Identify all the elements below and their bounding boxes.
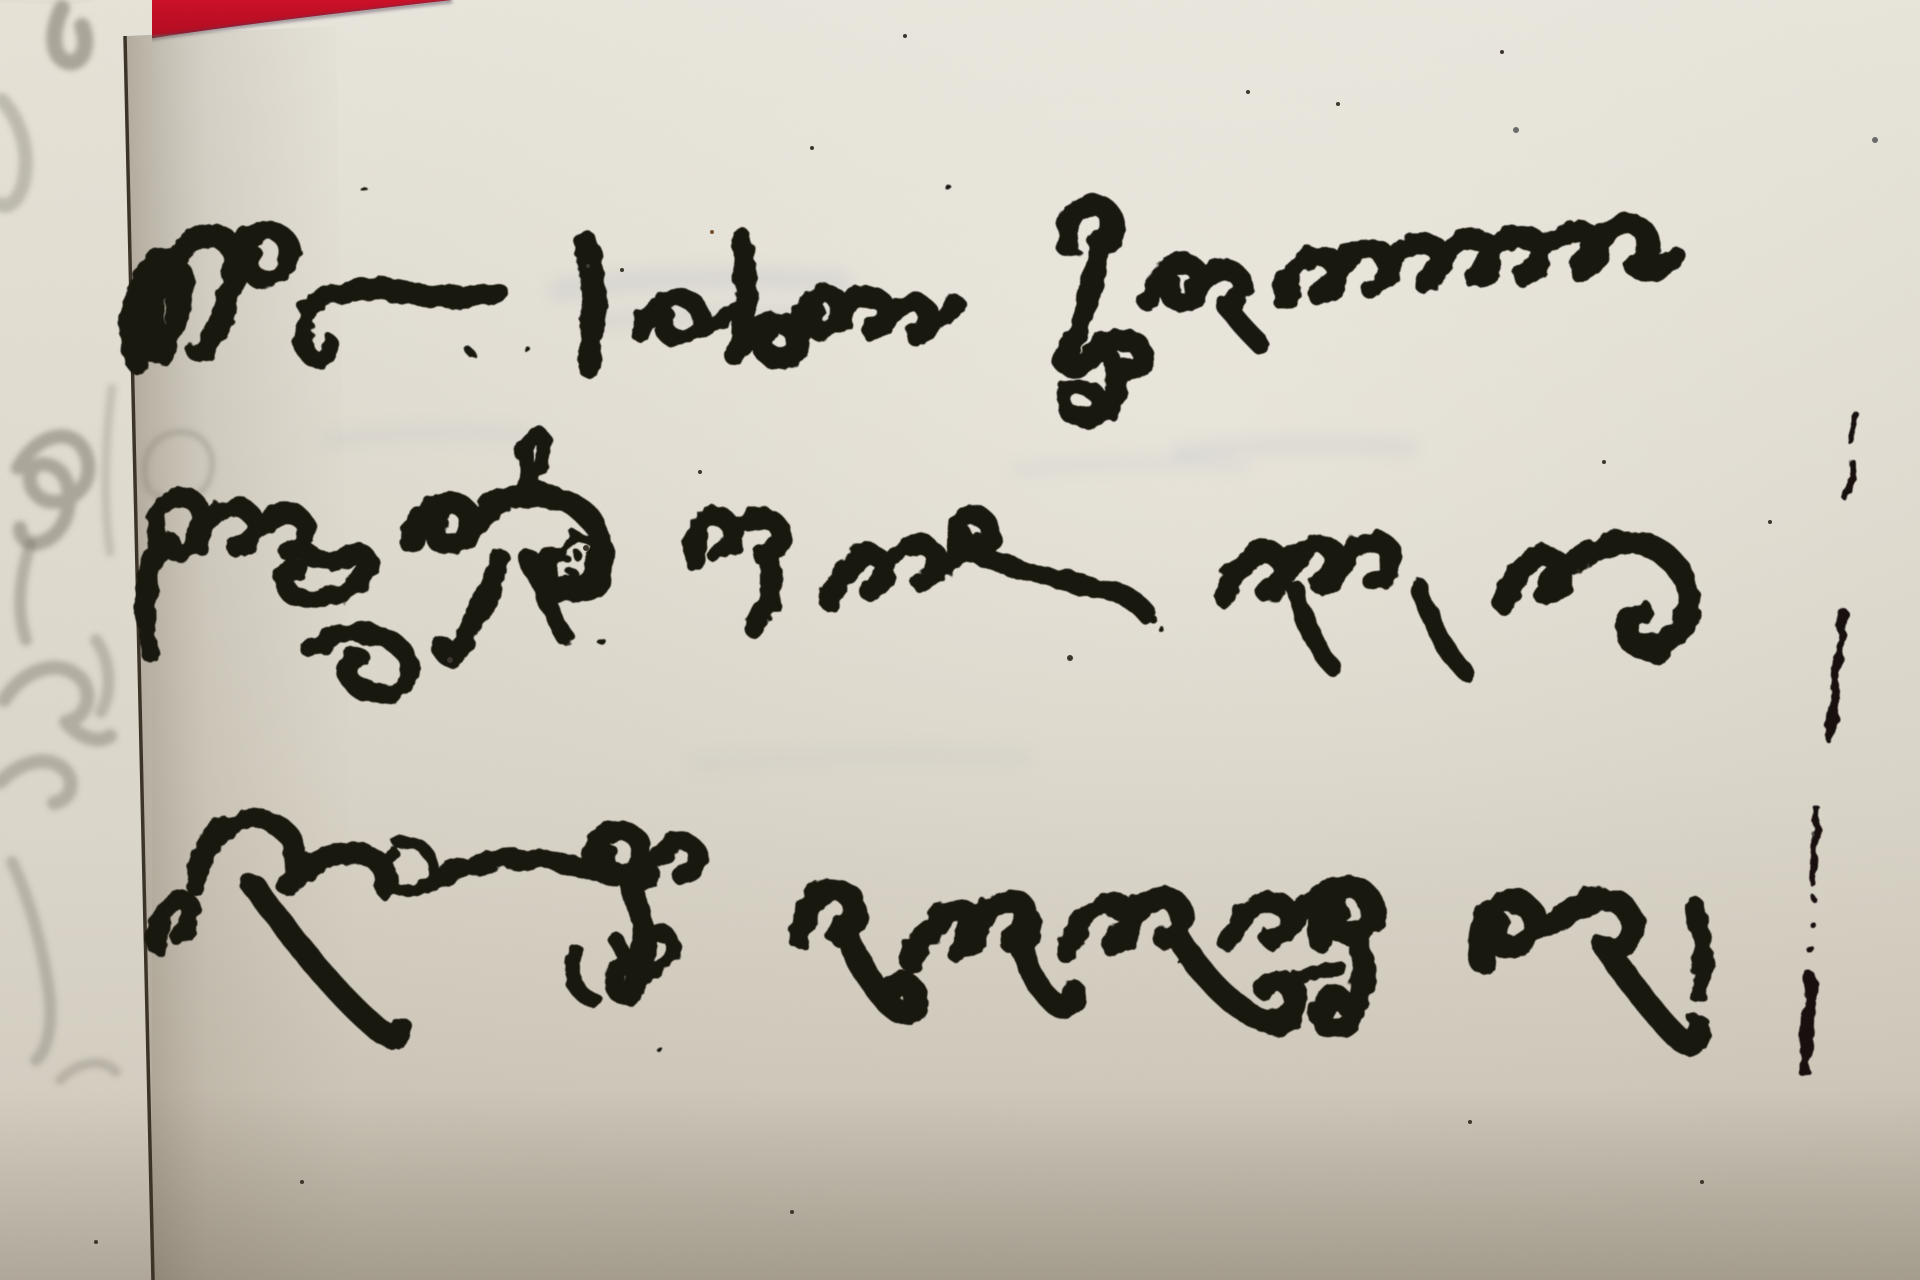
manuscript-photo-canvas <box>0 0 1920 1280</box>
bottom-vignette <box>0 1090 1920 1280</box>
paper-grain <box>0 0 1920 1280</box>
manuscript-photo <box>0 0 1920 1280</box>
